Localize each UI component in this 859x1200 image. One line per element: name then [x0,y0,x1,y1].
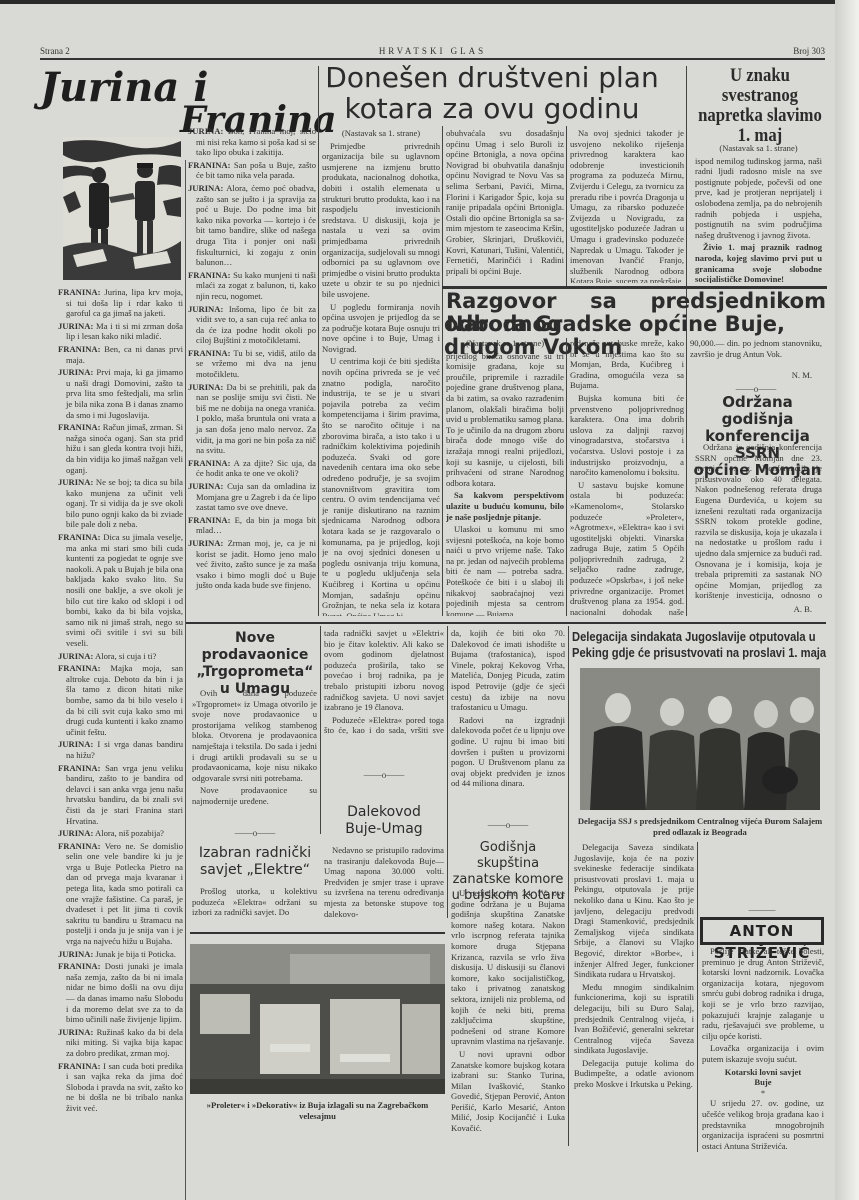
may-day-body: (Nastavak sa 1. strane) ispod nemilog tu… [695,143,822,283]
speaker: JURINA: [188,382,223,392]
may-day-headline: U znaku svestranog napretka slavimo 1. m… [690,66,830,146]
speaker: JURINA: [58,1027,93,1037]
speaker: FRANINA: [58,1061,101,1071]
speaker: JURINA: [188,538,223,548]
speaker: FRANINA: [188,515,231,525]
continued-note: (Nastavak sa 1. strane) [322,128,440,139]
speaker: FRANINA: [58,663,101,673]
headline-line: Buje-Umag [324,821,444,838]
issue-number: Broj 303 [793,46,825,56]
vok-col3: 90,000.— din. po jednom stanovniku, zavr… [690,338,822,368]
article-paragraph: U nedjelju, dne 24. IV. ove godine održa… [451,888,565,1047]
headline-line: Donešen društveni plan [322,62,662,93]
article-paragraph: Na ovoj sjednici također je usvojeno nek… [570,128,684,283]
delegation-photo-caption: Delegacija SSJ s predsjednikom Centralno… [576,816,824,838]
dialogue-column-left: FRANINA: Jurina, lipa krv moja, si tui d… [58,287,183,1167]
article-paragraph: Poduzeće »Elektra« pored toga što će, ka… [324,715,444,738]
council-body: Prošlog utorka, u kolektivu poduzeća »El… [192,886,317,918]
article-paragraph: 90,000.— din. po jednom stanovniku, zavr… [690,338,822,359]
vok-col1: (Nastavak sa 1. strane) prijedlog birača… [446,338,564,616]
article-paragraph: U pogledu formiranja novih općina usvoje… [322,302,440,355]
article-paragraph: Među mnogim sindikalnim funkcionerima, k… [574,982,694,1056]
column-divider [442,126,443,616]
article-paragraph: red naše autobuske mreže, kako bi se u m… [570,338,684,391]
article-paragraph: Nedavno se pristupilo radovima na trasir… [324,845,444,917]
delegation-headline: Delegacija sindakata Jugoslavije otputov… [572,629,827,661]
vok-signature: N. M. [690,370,812,381]
dialogue-column-right: JURINA: Bon, Franina moj, stelo mi nisi … [188,126,316,616]
headline-line: Održana godišnja [690,394,825,428]
ornament-divider: ——o—— [190,828,320,838]
headline-line: zanatske komore [449,872,567,888]
ssrn-signature: A. B. [690,604,812,615]
column-divider [566,126,567,286]
speaker: JURINA: [58,739,93,749]
dialogue-line: Vero ne. Se domislio selin one vele band… [66,841,183,946]
dialogue-line: Majka moja, san altroke cuja. Deboto da … [66,663,183,737]
headline-line: Godišnja skupština [449,840,567,872]
column-divider [320,626,321,834]
speaker: JURINA: [58,477,93,487]
closing-slogan: Živio 1. maj praznik radnog naroda, koje… [695,242,822,283]
speaker: FRANINA: [188,458,231,468]
dialogue-line: Alora, niš pozabija? [95,828,164,838]
headline-line: svestranog [690,86,830,106]
newspaper-name: HRVATSKI GLAS [40,46,825,56]
article-paragraph: Održana je godišnja konferencija SSRN op… [695,442,822,602]
article-paragraph: Bujska komuna biti će prvenstveno poljop… [570,393,684,478]
headline-line: kotara za ovu godinu [322,93,662,124]
obituary-signature-place: Buje [702,1077,824,1088]
speaker: FRANINA: [58,961,101,971]
article-paragraph: Delegacija Saveza sindikata Jugoslavije,… [574,842,694,980]
speaker: JURINA: [58,321,93,331]
speaker: JURINA: [58,949,93,959]
newspaper-page: Strana 2 HRVATSKI GLAS Broj 303 Jurina i… [0,0,835,1200]
speaker: FRANINA: [188,270,231,280]
speaker: JURINA: [58,367,93,377]
speaker: JURINA: [58,651,93,661]
column-divider [447,626,448,918]
article-paragraph: ispod nemilog tuđinskog jarma, naši radn… [695,156,822,241]
header-rule [40,58,825,60]
article-paragraph: prijedlog birača osnovane su tri komisij… [446,351,564,489]
headline-line: savjet „Elektre“ [190,862,320,879]
continued-note: (Nastavak sa 1. strane) [695,143,822,154]
article-paragraph: Prošlog utorka, u kolektivu poduzeća »El… [192,886,317,918]
dialogue-line: Da bi se prehitili, pak da nan se poslij… [196,382,316,456]
vok-col2: red naše autobuske mreže, kako bi se u m… [570,338,684,616]
column-divider [566,338,567,616]
speaker: JURINA: [188,183,223,193]
council-headline: Izabran radnički savjet „Elektre“ [190,845,320,879]
article-paragraph: Delegacija putuje kolima do Budimpešte, … [574,1058,694,1090]
article-paragraph: Radovi na izgradnji dalekovoda počet će … [451,715,565,789]
obituary-body: Poslije kratke ali teške bolesti, premin… [702,946,824,1156]
speaker: FRANINA: [58,763,101,773]
powerline-headline: Dalekovod Buje-Umag [324,804,444,838]
speaker: JURINA: [188,481,223,491]
powerline-body-cont: da, kojih će biti oko 70. Dalekovod će i… [451,628,565,798]
speaker: FRANINA: [58,422,101,432]
article-paragraph: Primjedbe privrednih organizacija bile s… [322,141,440,300]
column-divider [185,160,186,1200]
council-body-cont: tada radnički savjet u »Elektri« bio je … [324,628,444,738]
article-paragraph: Ulaskoi u komunu mi smo svijesni poteško… [446,524,564,616]
headline-line: Delegacija sindakata Jugoslavije otputov… [572,629,827,645]
obituary-name-box: ANTON STRIŽEVIĆ [700,917,824,945]
continued-note: (Nastavak sa 1. strane) [446,338,564,349]
headline-line: napretka slavimo [690,106,830,126]
article-paragraph: Nove prodavaonice su najmodernije uređen… [192,785,317,806]
shops-body: Ovih dana poduzeće »Trgopromet« iz Umaga… [192,688,317,808]
ornament-divider: ——o—— [324,770,444,780]
section-rule [190,932,445,934]
headline-line: „Trgoprometa“ [190,664,320,681]
article-paragraph: Poslije kratke ali teške bolesti, premin… [702,946,824,1041]
fair-exhibit-photo [190,944,445,1094]
article-paragraph: U sastavu bujske komune ostala bi poduze… [570,480,684,616]
ornament-divider: ——o—— [451,820,565,830]
headline-line: Izabran radnički [190,845,320,862]
plan-article-col2: obuhvaćala svu dosadašnju općinu Umag i … [446,128,564,283]
speaker: JURINA: [188,126,223,136]
headline-line: U znaku [690,66,830,86]
article-paragraph: da, kojih će biti oko 70. Dalekovod će i… [451,628,565,713]
article-paragraph: obuhvaćala svu dosadašnju općinu Umag i … [446,128,564,276]
powerline-body: Nedavno se pristupilo radovima na trasir… [324,845,444,917]
speaker: FRANINA: [188,348,231,358]
speaker: FRANINA: [58,344,101,354]
delegation-photo [580,668,820,810]
headline-line: Nove prodavaonice [190,630,320,664]
column-divider [568,626,569,1146]
crafts-body: U nedjelju, dne 24. IV. ove godine održa… [451,888,565,1150]
page-edge [835,0,859,1200]
woodcut-illustration [63,137,181,280]
dialogue-line: Alora, si cuja i ti? [95,651,156,661]
dialogue-line: Dica su jimala veselje, ma anka mi stari… [66,532,183,648]
ssrn-body: Održana je godišnja konferencija SSRN op… [695,442,822,602]
speaker: FRANINA: [58,532,101,542]
article-paragraph: U novi upravni odbor Zanatske komore buj… [451,1049,565,1134]
top-border [0,0,859,4]
headline-line: Peking gdje će prisustvovati na proslavi… [572,645,827,661]
article-paragraph: Ovih dana poduzeće »Trgopromet« iz Umaga… [192,688,317,783]
article-paragraph: U srijedu 27. ov. godine, uz učešće veli… [702,1098,824,1151]
asterisk-divider: * [702,1088,824,1099]
fair-photo-caption: »Proleter« i »Dekorativ« iz Buja izlagal… [190,1100,445,1122]
plan-article-col1: (Nastavak sa 1. strane) Primjedbe privre… [322,128,440,616]
article-paragraph: tada radnički savjet u »Elektri« bio je … [324,628,444,713]
column-divider [697,842,698,1152]
article-paragraph: U centrima koji će biti sjedišta novih o… [322,356,440,616]
speaker: JURINA: [58,828,93,838]
section-rule [186,622,826,624]
speaker: FRANINA: [58,841,101,851]
plan-article-col3: Na ovoj sjednici također je usvojeno nek… [570,128,684,283]
headline-line: Dalekovod [324,804,444,821]
dialogue-line: Junak je bija ti Poticka. [95,949,175,959]
speaker: JURINA: [188,304,223,314]
speaker: FRANINA: [58,287,101,297]
article-paragraph: Lovačka organizacija i ovim putem iskazu… [702,1043,824,1064]
plan-article-headline: Donešen društveni plan kotara za ovu god… [322,62,662,124]
speaker: FRANINA: [188,160,231,170]
obituary-signature: Kotarski lovni savjet [702,1067,824,1078]
ornament-divider: ——— [700,905,824,915]
dialogue-line: Alora, ćemo poć obadva, zašto san se juš… [196,183,316,267]
interview-question: Sa kakvom perspektivom ulazite u buduću … [446,490,564,521]
delegation-col1: Delegacija Saveza sindikata Jugoslavije,… [574,842,694,1147]
column-divider [318,66,319,616]
